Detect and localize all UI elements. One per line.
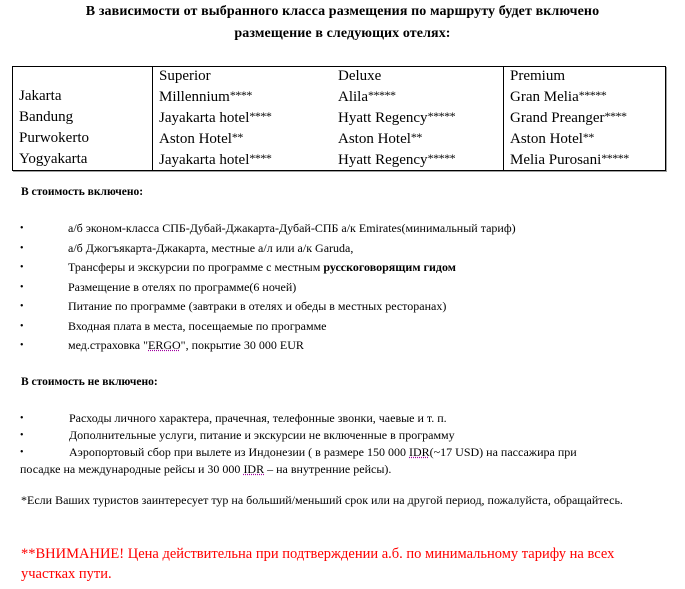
hotels-table: Superior Deluxe Premium Jakarta Millenni… (12, 66, 666, 171)
russian-speaking-guide-emphasis: русскоговорящим гидом (323, 260, 456, 274)
stars-rating: ** (232, 130, 243, 144)
stars-rating: ***** (428, 151, 456, 165)
city-cell: Jakarta (13, 86, 153, 107)
page-title: В зависимости от выбранного класса разме… (0, 1, 685, 45)
deluxe-cell: Aston Hotel** (332, 128, 504, 149)
premium-cell: Aston Hotel** (504, 128, 666, 149)
deluxe-cell: Alila***** (332, 86, 504, 107)
stars-rating: ***** (368, 88, 396, 102)
stars-rating: ***** (579, 88, 607, 102)
premium-cell: Melia Purosani***** (504, 149, 666, 171)
stars-rating: ***** (428, 109, 456, 123)
bullet-icon: • (20, 336, 24, 356)
table-row: Yogyakarta Jayakarta hotel**** Hyatt Reg… (13, 149, 666, 171)
spellcheck-underline: ERGO (148, 338, 181, 352)
superior-cell: Aston Hotel** (153, 128, 333, 149)
bullet-icon: • (20, 258, 24, 278)
stars-rating: **** (605, 109, 627, 123)
superior-cell: Jayakarta hotel**** (153, 107, 333, 128)
not-included-section-title: В стоимость не включено: (21, 376, 158, 388)
bullet-icon: • (20, 410, 24, 427)
stars-rating: **** (249, 109, 271, 123)
table-row: Purwokerto Aston Hotel** Aston Hotel** A… (13, 128, 666, 149)
spellcheck-underline: IDR (243, 462, 264, 476)
header-premium: Premium (504, 67, 666, 87)
warning-notice: **ВНИМАНИЕ! Цена действительна при подтв… (21, 544, 661, 584)
city-cell: Purwokerto (13, 128, 153, 149)
bullet-icon: • (20, 444, 24, 461)
bullet-icon: • (20, 427, 24, 444)
header-superior: Superior (153, 67, 333, 87)
superior-cell: Millennium**** (153, 86, 333, 107)
city-cell: Yogyakarta (13, 149, 153, 171)
bullet-icon: • (20, 297, 24, 317)
bullet-icon: • (20, 239, 24, 259)
stars-rating: ** (411, 130, 422, 144)
stars-rating: **** (230, 88, 252, 102)
bullet-icon: • (20, 317, 24, 337)
table-header-row: Superior Deluxe Premium (13, 67, 666, 87)
stars-rating: ***** (601, 151, 629, 165)
title-line-1: В зависимости от выбранного класса разме… (0, 1, 685, 23)
deluxe-cell: Hyatt Regency***** (332, 107, 504, 128)
spellcheck-underline: IDR (409, 445, 430, 459)
included-section-title: В стоимость включено: (21, 186, 143, 198)
header-deluxe: Deluxe (332, 67, 504, 87)
stars-rating: ** (583, 130, 594, 144)
deluxe-cell: Hyatt Regency***** (332, 149, 504, 171)
footnote: *Если Ваших туристов заинтересует тур на… (21, 492, 641, 509)
bullet-icon: • (20, 278, 24, 298)
premium-cell: Gran Melia***** (504, 86, 666, 107)
bullet-icon: • (20, 219, 24, 239)
premium-cell: Grand Preanger**** (504, 107, 666, 128)
superior-cell: Jayakarta hotel**** (153, 149, 333, 171)
table-row: Bandung Jayakarta hotel**** Hyatt Regenc… (13, 107, 666, 128)
title-line-2: размещение в следующих отелях: (0, 23, 685, 45)
table-row: Jakarta Millennium**** Alila***** Gran M… (13, 86, 666, 107)
city-cell: Bandung (13, 107, 153, 128)
header-city (13, 67, 153, 87)
stars-rating: **** (249, 151, 271, 165)
